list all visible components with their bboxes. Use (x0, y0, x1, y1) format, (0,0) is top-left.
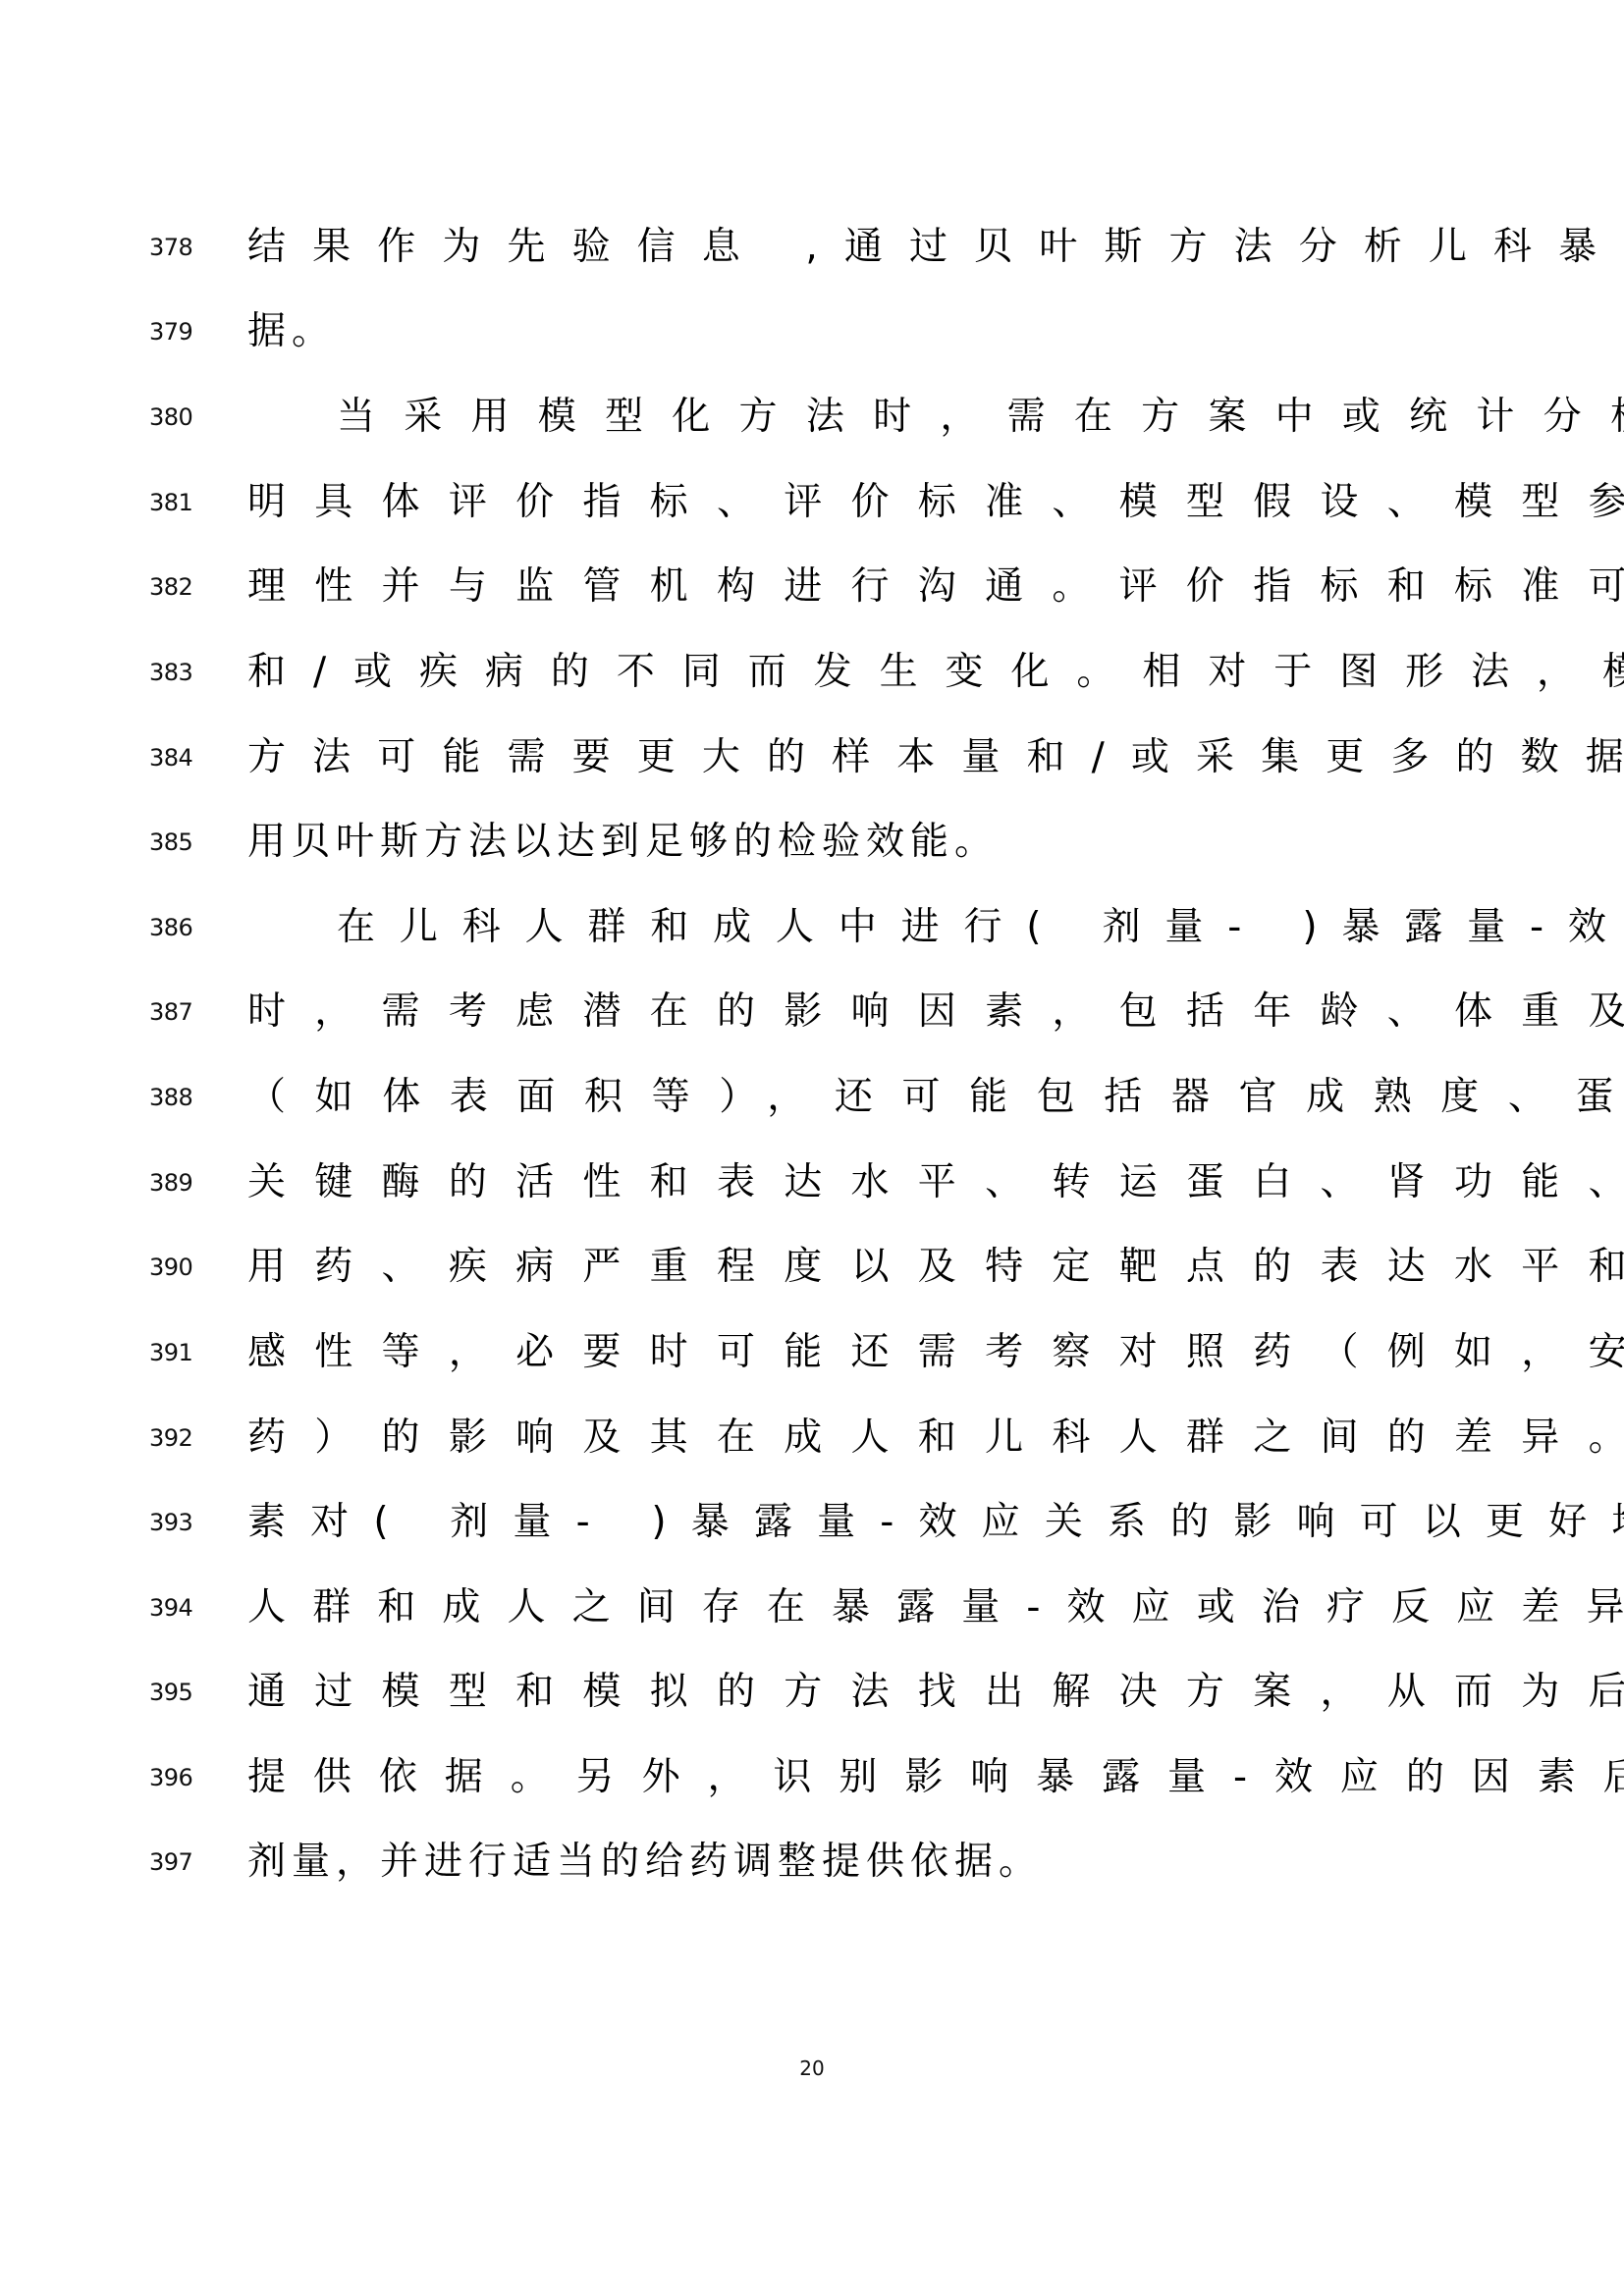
text-line-387: 387 时，需考虑潜在的影响因素，包括年龄、体重及其关联因素 (0, 984, 1624, 1042)
line-text: 素对( 剂量- )暴露量-效应关系的影响可以更好地探索成儿科 (247, 1494, 1375, 1551)
text-line-383: 383 和/或疾病的不同而发生变化。相对于图形法，模型化的分析 (0, 644, 1624, 703)
text-line-396: 396 提供依据。另外，识别影响暴露量-效应的因素后，可为优化 (0, 1749, 1624, 1808)
text-line-380: 380 当采用模型化方法时，需在方案中或统计分析计划中说 (0, 389, 1624, 448)
line-number: 393 (149, 1508, 208, 1537)
page-number: 20 (763, 2056, 861, 2081)
line-text: 感性等，必要时可能还需考察对照药（例如，安慰剂或阳性 (247, 1324, 1375, 1381)
text-line-379: 379 据。 (0, 303, 1624, 362)
text-line-381: 381 明具体评价指标、评价标准、模型假设、模型参数及模型合 (0, 474, 1624, 533)
line-number: 381 (149, 488, 208, 517)
text-line-382: 382 理性并与监管机构进行沟通。评价指标和标准可能根据药物 (0, 559, 1624, 617)
line-text: 人群和成人之间存在暴露量-效应或治疗反应差异的原因 ,并 (247, 1579, 1375, 1636)
line-text: 据。 (247, 303, 1375, 360)
document-page: 378 结果作为先验信息 ,通过贝叶斯方法分析儿科暴露量-效应数 379 据。 … (0, 0, 1624, 2296)
line-number: 382 (149, 572, 208, 602)
line-number: 396 (149, 1763, 208, 1792)
line-text: 用贝叶斯方法以达到足够的检验效能。 (247, 814, 1375, 871)
line-text: 通过模型和模拟的方法找出解决方案，从而为后续研发策略 (247, 1664, 1375, 1721)
line-text: 明具体评价指标、评价标准、模型假设、模型参数及模型合 (247, 474, 1375, 531)
line-text: 在儿科人群和成人中进行( 剂量- )暴露量-效应关系比较 (337, 899, 1375, 956)
line-text: 结果作为先验信息 ,通过贝叶斯方法分析儿科暴露量-效应数 (247, 219, 1375, 276)
text-line-394: 394 人群和成人之间存在暴露量-效应或治疗反应差异的原因 ,并 (0, 1579, 1624, 1638)
line-number: 395 (149, 1678, 208, 1707)
text-line-389: 389 关键酶的活性和表达水平、转运蛋白、肾功能、特定的合并 (0, 1154, 1624, 1213)
text-line-391: 391 感性等，必要时可能还需考察对照药（例如，安慰剂或阳性 (0, 1324, 1624, 1383)
line-number: 391 (149, 1338, 208, 1367)
line-number: 397 (149, 1847, 208, 1877)
text-line-397: 397 剂量，并进行适当的给药调整提供依据。 (0, 1834, 1624, 1893)
line-number: 388 (149, 1083, 208, 1112)
line-text: （如体表面积等），还可能包括器官成熟度、蛋白结合率、 (247, 1069, 1375, 1126)
line-number: 380 (149, 402, 208, 432)
line-text: 当采用模型化方法时，需在方案中或统计分析计划中说 (337, 389, 1375, 446)
line-number: 389 (149, 1168, 208, 1198)
text-line-388: 388 （如体表面积等），还可能包括器官成熟度、蛋白结合率、 (0, 1069, 1624, 1128)
line-number: 378 (149, 233, 208, 262)
line-number: 392 (149, 1423, 208, 1453)
line-text: 用药、疾病严重程度以及特定靶点的表达水平和对药物的敏 (247, 1239, 1375, 1296)
line-text: 和/或疾病的不同而发生变化。相对于图形法，模型化的分析 (247, 644, 1375, 701)
text-line-378: 378 结果作为先验信息 ,通过贝叶斯方法分析儿科暴露量-效应数 (0, 219, 1624, 278)
text-line-392: 392 药）的影响及其在成人和儿科人群之间的差异。了解这些因 (0, 1410, 1624, 1468)
line-number: 383 (149, 658, 208, 687)
text-line-386: 386 在儿科人群和成人中进行( 剂量- )暴露量-效应关系比较 (0, 899, 1624, 958)
line-number: 390 (149, 1253, 208, 1282)
line-number: 387 (149, 997, 208, 1027)
line-text: 时，需考虑潜在的影响因素，包括年龄、体重及其关联因素 (247, 984, 1375, 1041)
line-number: 394 (149, 1593, 208, 1623)
line-text: 药）的影响及其在成人和儿科人群之间的差异。了解这些因 (247, 1410, 1375, 1467)
text-line-390: 390 用药、疾病严重程度以及特定靶点的表达水平和对药物的敏 (0, 1239, 1624, 1298)
line-text: 关键酶的活性和表达水平、转运蛋白、肾功能、特定的合并 (247, 1154, 1375, 1211)
line-text: 剂量，并进行适当的给药调整提供依据。 (247, 1834, 1375, 1891)
text-line-385: 385 用贝叶斯方法以达到足够的检验效能。 (0, 814, 1624, 873)
line-text: 方法可能需要更大的样本量和/或采集更多的数据 ,可考虑采 (247, 729, 1375, 786)
line-number: 386 (149, 913, 208, 942)
text-line-395: 395 通过模型和模拟的方法找出解决方案，从而为后续研发策略 (0, 1664, 1624, 1723)
line-number: 385 (149, 828, 208, 857)
line-text: 理性并与监管机构进行沟通。评价指标和标准可能根据药物 (247, 559, 1375, 615)
text-line-393: 393 素对( 剂量- )暴露量-效应关系的影响可以更好地探索成儿科 (0, 1494, 1624, 1553)
text-line-384: 384 方法可能需要更大的样本量和/或采集更多的数据 ,可考虑采 (0, 729, 1624, 788)
line-text: 提供依据。另外，识别影响暴露量-效应的因素后，可为优化 (247, 1749, 1375, 1806)
line-number: 379 (149, 317, 208, 347)
line-number: 384 (149, 743, 208, 773)
